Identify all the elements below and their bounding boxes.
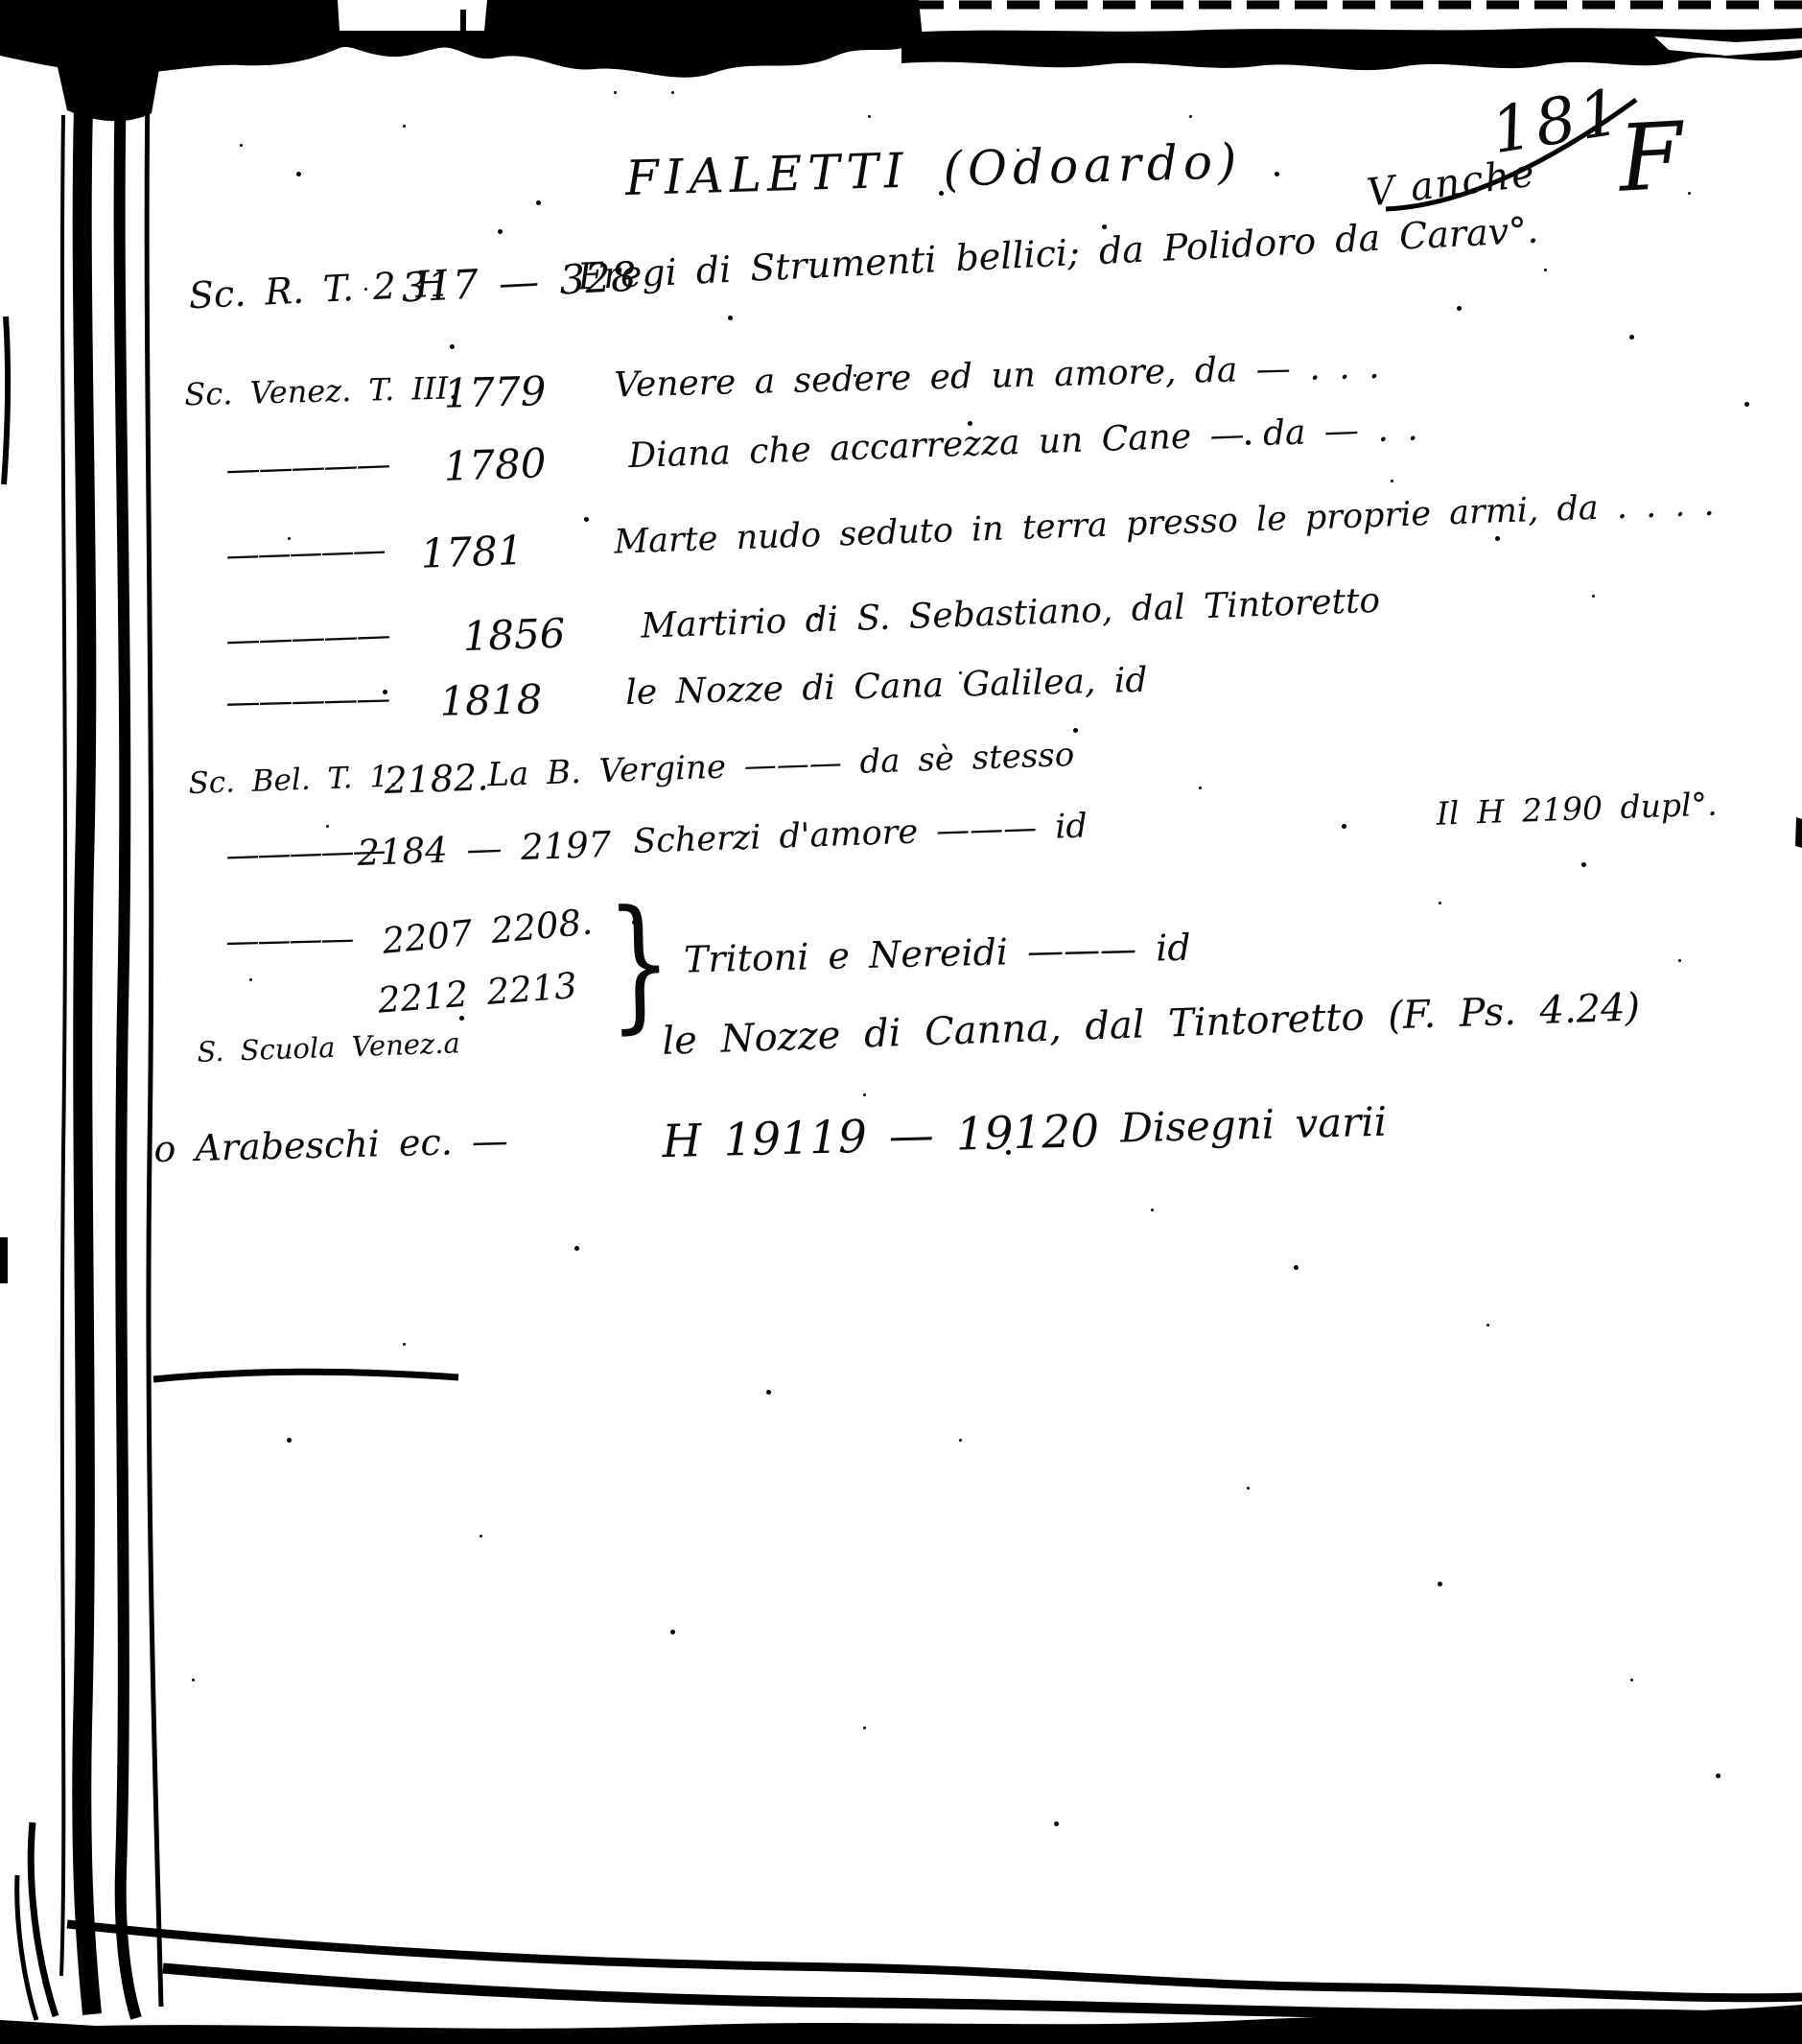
entry-brace: } <box>606 891 673 1037</box>
entry-number: H 19119 — 19120 <box>662 1105 1100 1168</box>
entry-number: 1818 <box>439 675 543 725</box>
manuscript-page: FIALETTI (Odoardo) V anche 181 F Sc. R. … <box>0 0 1802 2044</box>
entry-ref: o Arabeschi ec. — <box>153 1119 508 1170</box>
section-letter: F <box>1616 102 1685 212</box>
entry-description: Venere a sedere ed un amore, da — . . . <box>614 347 1380 405</box>
entry-extra-note: Il H 2190 dupl°. <box>1436 785 1718 832</box>
entry-number: 2184 — 2197 <box>357 824 612 874</box>
handwritten-content: FIALETTI (Odoardo) V anche 181 F Sc. R. … <box>0 0 1802 2044</box>
page-title: FIALETTI (Odoardo) <box>624 133 1243 206</box>
entry-number-line2: 2212 2213 <box>376 965 578 1022</box>
entry-number: 2182. <box>384 756 489 802</box>
entry-row: Sc. R. T. 2 H 317 — 328 Fregi di Strumen… <box>0 196 1802 351</box>
entry-description: La B. Vergine ——— da sè stesso <box>487 736 1075 794</box>
entry-ditto-dashes: ————— <box>225 616 389 661</box>
entry-description: Tritoni e Nereidi ——— id <box>683 927 1191 981</box>
entry-description: Martirio di S. Sebastiano, dal Tintorett… <box>641 581 1381 646</box>
entry-row: o Arabeschi ec. — H 19119 — 19120 Disegn… <box>0 1088 1802 1199</box>
entry-description: Fregi di Strumenti bellici; da Polidoro … <box>576 209 1539 298</box>
entry-ditto-dashes: ————— <box>225 679 389 722</box>
entry-number-line1: 2207 2208. <box>381 901 595 961</box>
entry-ref: Sc. Venez. T. III. <box>184 369 458 412</box>
entry-description: Disegni varii <box>1120 1098 1388 1152</box>
entry-number: 1856 <box>462 609 567 660</box>
entry-number: 1781 <box>420 527 525 577</box>
page-number: 181 <box>1486 75 1628 169</box>
entry-ditto-dashes: ————— <box>225 445 389 490</box>
entry-number: 1779 <box>443 367 547 417</box>
entry-ref: Sc. Bel. T. 1. <box>188 760 399 802</box>
entry-ditto-dashes: ————— <box>225 531 385 576</box>
entry-ditto-dashes: ———— <box>225 920 353 961</box>
entry-number: 1780 <box>443 439 548 490</box>
